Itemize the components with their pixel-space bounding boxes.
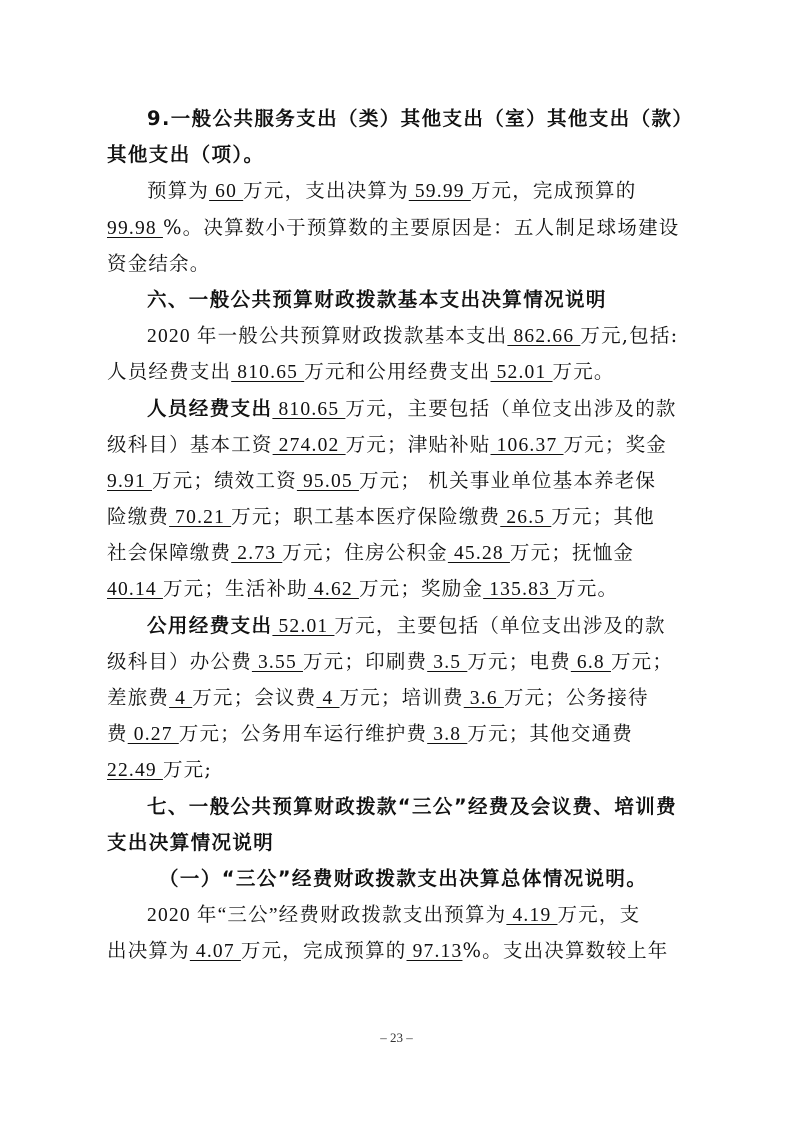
section9-paragraph-line3: 资金结余。 [107, 246, 701, 282]
text: 万元；公务接待 [504, 686, 649, 709]
housing-fund: 45.28 [448, 543, 510, 564]
text: 万元，支 [557, 903, 640, 926]
printing-expense: 3.5 [427, 652, 467, 673]
personnel-line6: 40.14 万元；生活补助 4.62 万元；奖励金 135.83 万元。 [107, 571, 701, 607]
text: 万元和公用经费支出 [304, 360, 490, 383]
text: 社会保障缴费 [107, 541, 231, 564]
reward: 135.83 [483, 579, 556, 600]
basic-expenditure-total: 862.66 [507, 326, 580, 347]
text: 万元；职工基本医疗保险缴费 [231, 505, 500, 528]
personnel-line2: 级科目）基本工资 274.02 万元；津贴补贴 106.37 万元；奖金 [107, 427, 701, 463]
public-total: 52.01 [491, 362, 553, 383]
text: 万元； 机关事业单位基本养老保 [359, 469, 656, 492]
text: 预算为 [147, 179, 209, 202]
text: 万元，主要包括（单位支出涉及的款 [334, 614, 665, 637]
text: 差旅费 [107, 686, 169, 709]
text: 万元；印刷费 [303, 650, 427, 673]
section7-paragraph-line2: 出决算为 4.07 万元，完成预算的 97.13%。支出决算数较上年 [107, 933, 701, 969]
text: 万元；电费 [467, 650, 571, 673]
text: 万元，完成预算的 [471, 179, 637, 202]
personnel-line4: 险缴费 70.21 万元；职工基本医疗保险缴费 26.5 万元；其他 [107, 499, 701, 535]
other-transport-expense: 22.49 [107, 760, 163, 781]
text: %。决算数小于预算数的主要原因是：五人制足球场建设 [163, 216, 680, 239]
vehicle-expense: 3.8 [427, 724, 467, 745]
text: 万元；住房公积金 [282, 541, 448, 564]
budget-value: 60 [209, 181, 243, 202]
three-public-budget: 4.19 [506, 905, 557, 926]
text: 万元；津贴补贴 [346, 433, 491, 456]
three-public-actual: 4.07 [190, 941, 241, 962]
text: 万元；奖励金 [359, 577, 483, 600]
text: 万元。 [553, 360, 615, 383]
public-total: 52.01 [272, 616, 334, 637]
personnel-total: 810.65 [231, 362, 304, 383]
medical-insurance: 26.5 [500, 507, 551, 528]
document-page: 9.一般公共服务支出（类）其他支出（室）其他支出（款） 其他支出（项）。 预算为… [107, 101, 701, 970]
text: 万元；奖金 [563, 433, 667, 456]
public-line4: 费 0.27 万元；公务用车运行维护费 3.8 万元；其他交通费 [107, 716, 701, 752]
section6-heading: 六、一般公共预算财政拨款基本支出决算情况说明 [107, 282, 701, 318]
bonus: 9.91 [107, 471, 152, 492]
text: 万元; [163, 758, 212, 781]
personnel-line3: 9.91 万元；绩效工资 95.05 万元； 机关事业单位基本养老保 [107, 463, 701, 499]
text: 万元；会议费 [192, 686, 316, 709]
personnel-line5: 社会保障缴费 2.73 万元；住房公积金 45.28 万元；抚恤金 [107, 535, 701, 571]
public-line1: 公用经费支出 52.01 万元，主要包括（单位支出涉及的款 [107, 608, 701, 644]
text: %。支出决算数较上年 [462, 939, 668, 962]
section7-paragraph-line1: 2020 年“三公”经费财政拨款支出预算为 4.19 万元，支 [107, 897, 701, 933]
text: 万元； [611, 650, 673, 673]
text: 2020 年“三公”经费财政拨款支出预算为 [147, 905, 506, 926]
text: 万元，主要包括（单位支出涉及的款 [345, 397, 676, 420]
completion-rate: 99.98 [107, 218, 163, 239]
meeting-expense: 4 [316, 688, 339, 709]
section9-paragraph-line2: 99.98 %。决算数小于预算数的主要原因是：五人制足球场建设 [107, 210, 701, 246]
text: 万元。 [556, 577, 618, 600]
personnel-line1: 人员经费支出 810.65 万元，主要包括（单位支出涉及的款 [107, 391, 701, 427]
text: 万元；生活补助 [163, 577, 308, 600]
page-number: – 23 – [0, 1030, 793, 1046]
personnel-total: 810.65 [272, 399, 345, 420]
pension-insurance: 70.21 [169, 507, 231, 528]
performance-salary: 95.05 [297, 471, 359, 492]
section7-sub-heading: （一）“三公”经费财政拨款支出决算总体情况说明。 [107, 861, 701, 897]
text: 万元,包括: [580, 324, 678, 347]
text: 万元；公务用车运行维护费 [179, 722, 427, 745]
section9-heading-line1: 9.一般公共服务支出（类）其他支出（室）其他支出（款） [107, 101, 701, 137]
living-subsidy: 4.62 [308, 579, 359, 600]
section9-heading-line2: 其他支出（项）。 [107, 137, 701, 173]
text: 2020 年一般公共预算财政拨款基本支出 [147, 326, 507, 347]
text: 费 [107, 722, 128, 745]
office-expense: 3.55 [252, 652, 303, 673]
text: 险缴费 [107, 505, 169, 528]
section7-heading-line1: 七、一般公共预算财政拨款“三公”经费及会议费、培训费 [107, 789, 701, 825]
text: 人员经费支出 [107, 360, 231, 383]
travel-expense: 4 [169, 688, 192, 709]
other-social-security: 2.73 [231, 543, 282, 564]
public-line3: 差旅费 4 万元；会议费 4 万元；培训费 3.6 万元；公务接待 [107, 680, 701, 716]
public-label: 公用经费支出 [147, 614, 272, 637]
reception-expense: 0.27 [128, 724, 179, 745]
text: 级科目）基本工资 [107, 433, 273, 456]
text: 万元；绩效工资 [152, 469, 297, 492]
allowance: 106.37 [491, 435, 564, 456]
pension-relief: 40.14 [107, 579, 163, 600]
text: 万元，支出决算为 [243, 179, 409, 202]
three-public-rate: 97.13 [407, 941, 463, 962]
training-expense: 3.6 [464, 688, 504, 709]
section7-heading-line2: 支出决算情况说明 [107, 825, 701, 861]
actual-value: 59.99 [409, 181, 471, 202]
text: 级科目）办公费 [107, 650, 252, 673]
electricity-expense: 6.8 [571, 652, 611, 673]
section6-paragraph-line1: 2020 年一般公共预算财政拨款基本支出 862.66 万元,包括: [107, 318, 701, 354]
section6-paragraph-line2: 人员经费支出 810.65 万元和公用经费支出 52.01 万元。 [107, 354, 701, 390]
text: 万元，完成预算的 [241, 939, 407, 962]
personnel-label: 人员经费支出 [147, 397, 272, 420]
public-line5: 22.49 万元; [107, 752, 701, 788]
text: 出决算为 [107, 939, 190, 962]
basic-salary: 274.02 [273, 435, 346, 456]
text: 万元；其他 [551, 505, 655, 528]
section9-paragraph-line1: 预算为 60 万元，支出决算为 59.99 万元，完成预算的 [107, 173, 701, 209]
text: 万元；抚恤金 [510, 541, 634, 564]
text: 万元；其他交通费 [467, 722, 633, 745]
text: 万元；培训费 [340, 686, 464, 709]
public-line2: 级科目）办公费 3.55 万元；印刷费 3.5 万元；电费 6.8 万元； [107, 644, 701, 680]
